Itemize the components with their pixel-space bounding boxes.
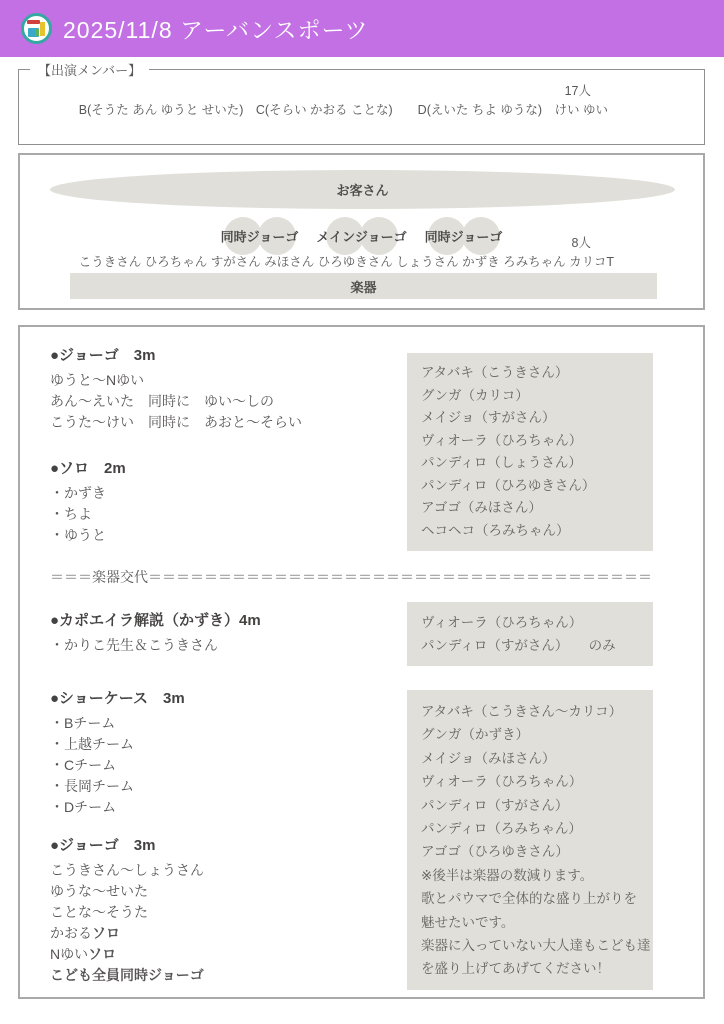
audience-ellipse: お客さん — [50, 170, 675, 209]
instrument-line: パンディロ（すがさん） — [421, 794, 639, 817]
tatoca-logo-icon — [21, 13, 52, 44]
instrument-line: アゴゴ（ひろゆきさん） — [421, 840, 639, 863]
audience-label: お客さん — [336, 180, 388, 199]
instruments-label: 楽器 — [350, 277, 376, 296]
instrument-line: グンガ（カリコ） — [421, 385, 639, 408]
program-line-solo: かおるソロ — [50, 923, 204, 944]
instrument-line: ヘコヘコ（ろみちゃん） — [421, 520, 639, 543]
program-line: こうた〜けい 同時に あおと〜そらい — [50, 412, 302, 433]
program-line: ゆうと〜Nゆい — [50, 370, 302, 391]
instrument-line: ※後半は楽器の数減ります。 — [421, 864, 639, 887]
program-line: あん〜えいた 同時に ゆい〜しの — [50, 391, 302, 412]
section-lines: こうきさん〜しょうさんゆうな〜せいたことな〜そうた — [50, 860, 204, 923]
member-names: B(そうた あん ゆうと せいた) C(そらい かおる ことな) D(えいた ち… — [79, 103, 608, 117]
solo-performer: Nゆい — [50, 946, 88, 962]
instrument-line: ヴィオーラ（ひろちゃん） — [421, 770, 639, 793]
member-row: B(そうた あん ゆうと せいた) C(そらい かおる ことな) D(えいた ち… — [51, 82, 704, 158]
instrument-line: メイジョ（すがさん） — [421, 407, 639, 430]
section-heading: ●ジョーゴ 3m — [50, 835, 204, 857]
members-box: 【出演メンバー】 B(そうた あん ゆうと せいた) C(そらい かおる ことな… — [18, 69, 705, 145]
program-line-solo: Nゆいソロ — [50, 944, 204, 965]
section-heading: ●カポエイラ解説（かずき）4m — [50, 610, 261, 632]
section-capoeira-kaisetsu: ●カポエイラ解説（かずき）4m ・かりこ先生＆こうきさん — [50, 610, 261, 656]
section-lines: ・Bチーム・上越チーム・Cチーム・長岡チーム・Dチーム — [50, 713, 185, 818]
program-line: こうきさん〜しょうさん — [50, 860, 204, 881]
program-line: ・上越チーム — [50, 734, 185, 755]
instrument-line: を盛り上げてあげてください！ — [421, 957, 639, 980]
members-legend: 【出演メンバー】 — [30, 60, 149, 79]
logo-red-mark — [27, 20, 40, 24]
instrument-assignments-3: アタバキ（こうきさん〜カリコ）グンガ（かずき）メイジョ（みほさん）ヴィオーラ（ひ… — [407, 690, 653, 990]
jogo-position-label: 同時ジョーゴ — [221, 227, 299, 246]
jogo-position-label: 同時ジョーゴ — [425, 227, 503, 246]
instrument-line: 魅せたいです。 — [421, 911, 639, 934]
instrument-line: アタバキ（こうきさん〜カリコ） — [421, 700, 639, 723]
section-lines: ・かずき・ちよ・ゆうと — [50, 483, 126, 546]
program-line: ・長岡チーム — [50, 776, 185, 797]
program-line-final: こども全員同時ジョーゴ — [50, 965, 204, 986]
instrument-line: ヴィオーラ（ひろちゃん） — [421, 430, 639, 453]
program-line: ・Dチーム — [50, 797, 185, 818]
instrument-line: パンディロ（すがさん） のみ — [421, 634, 639, 657]
page-header: 2025/11/8 アーバンスポーツ — [0, 0, 724, 57]
section-showcase: ●ショーケース 3m ・Bチーム・上越チーム・Cチーム・長岡チーム・Dチーム — [50, 688, 185, 818]
logo-yellow-mark — [40, 22, 45, 36]
section-jogo-1: ●ジョーゴ 3m ゆうと〜Nゆいあん〜えいた 同時に ゆい〜しのこうた〜けい 同… — [50, 345, 302, 433]
instrument-line: 楽器に入っていない大人達もこども達 — [421, 934, 639, 957]
instrument-line: メイジョ（みほさん） — [421, 747, 639, 770]
section-heading: ●ショーケース 3m — [50, 688, 185, 710]
jogo-positions-row: 同時ジョーゴ メインジョーゴ 同時ジョーゴ — [20, 213, 703, 259]
page: 2025/11/8 アーバンスポーツ 【出演メンバー】 B(そうた あん ゆうと… — [0, 0, 724, 1024]
instrument-line: パンディロ（ろみちゃん） — [421, 817, 639, 840]
jogo-position: メインジョーゴ — [326, 213, 398, 259]
jogo-position: 同時ジョーゴ — [428, 213, 500, 259]
instrument-line: ヴィオーラ（ひろちゃん） — [421, 611, 639, 634]
program-line: ・ゆうと — [50, 525, 126, 546]
program-line: ・かりこ先生＆こうきさん — [50, 635, 261, 656]
instruments-bar: 楽器 — [70, 273, 657, 299]
instrument-change-divider: ＝＝＝楽器交代＝＝＝＝＝＝＝＝＝＝＝＝＝＝＝＝＝＝＝＝＝＝＝＝＝＝＝＝＝＝＝＝＝… — [50, 567, 652, 587]
member-count: 17人 — [529, 82, 591, 101]
section-lines: ゆうと〜Nゆいあん〜えいた 同時に ゆい〜しのこうた〜けい 同時に あおと〜そら… — [50, 370, 302, 433]
program-line: ことな〜そうた — [50, 902, 204, 923]
instrument-assignments-1: アタバキ（こうきさん）グンガ（カリコ）メイジョ（すがさん）ヴィオーラ（ひろちゃん… — [407, 353, 653, 551]
logo-green-mark — [35, 29, 39, 36]
solo-label: ソロ — [88, 946, 116, 962]
stage-diagram: お客さん 同時ジョーゴ メインジョーゴ 同時ジョーゴ 楽器 — [18, 153, 705, 310]
instrument-line: 歌とパウマで全体的な盛り上がりを — [421, 887, 639, 910]
jogo-position-label: メインジョーゴ — [316, 227, 406, 246]
solo-label: ソロ — [92, 925, 120, 941]
instrument-assignments-2: ヴィオーラ（ひろちゃん）パンディロ（すがさん） のみ — [407, 602, 653, 666]
program-box: ●ジョーゴ 3m ゆうと〜Nゆいあん〜えいた 同時に ゆい〜しのこうた〜けい 同… — [18, 325, 705, 999]
solo-performer: かおる — [50, 925, 92, 941]
instrument-line: アゴゴ（みほさん） — [421, 497, 639, 520]
section-lines: ・かりこ先生＆こうきさん — [50, 635, 261, 656]
program-line: ・Bチーム — [50, 713, 185, 734]
jogo-position: 同時ジョーゴ — [224, 213, 296, 259]
section-jogo-2: ●ジョーゴ 3m こうきさん〜しょうさんゆうな〜せいたことな〜そうた かおるソロ… — [50, 835, 204, 986]
instrument-line: パンディロ（ひろゆきさん） — [421, 475, 639, 498]
instrument-line: グンガ（かずき） — [421, 723, 639, 746]
section-heading: ●ソロ 2m — [50, 458, 126, 480]
program-line: ・ちよ — [50, 504, 126, 525]
program-line: ゆうな〜せいた — [50, 881, 204, 902]
program-line: ・Cチーム — [50, 755, 185, 776]
instrument-line: アタバキ（こうきさん） — [421, 362, 639, 385]
instrument-line: パンディロ（しょうさん） — [421, 452, 639, 475]
section-heading: ●ジョーゴ 3m — [50, 345, 302, 367]
section-solo: ●ソロ 2m ・かずき・ちよ・ゆうと — [50, 458, 126, 546]
program-line: ・かずき — [50, 483, 126, 504]
page-title: 2025/11/8 アーバンスポーツ — [63, 12, 369, 45]
